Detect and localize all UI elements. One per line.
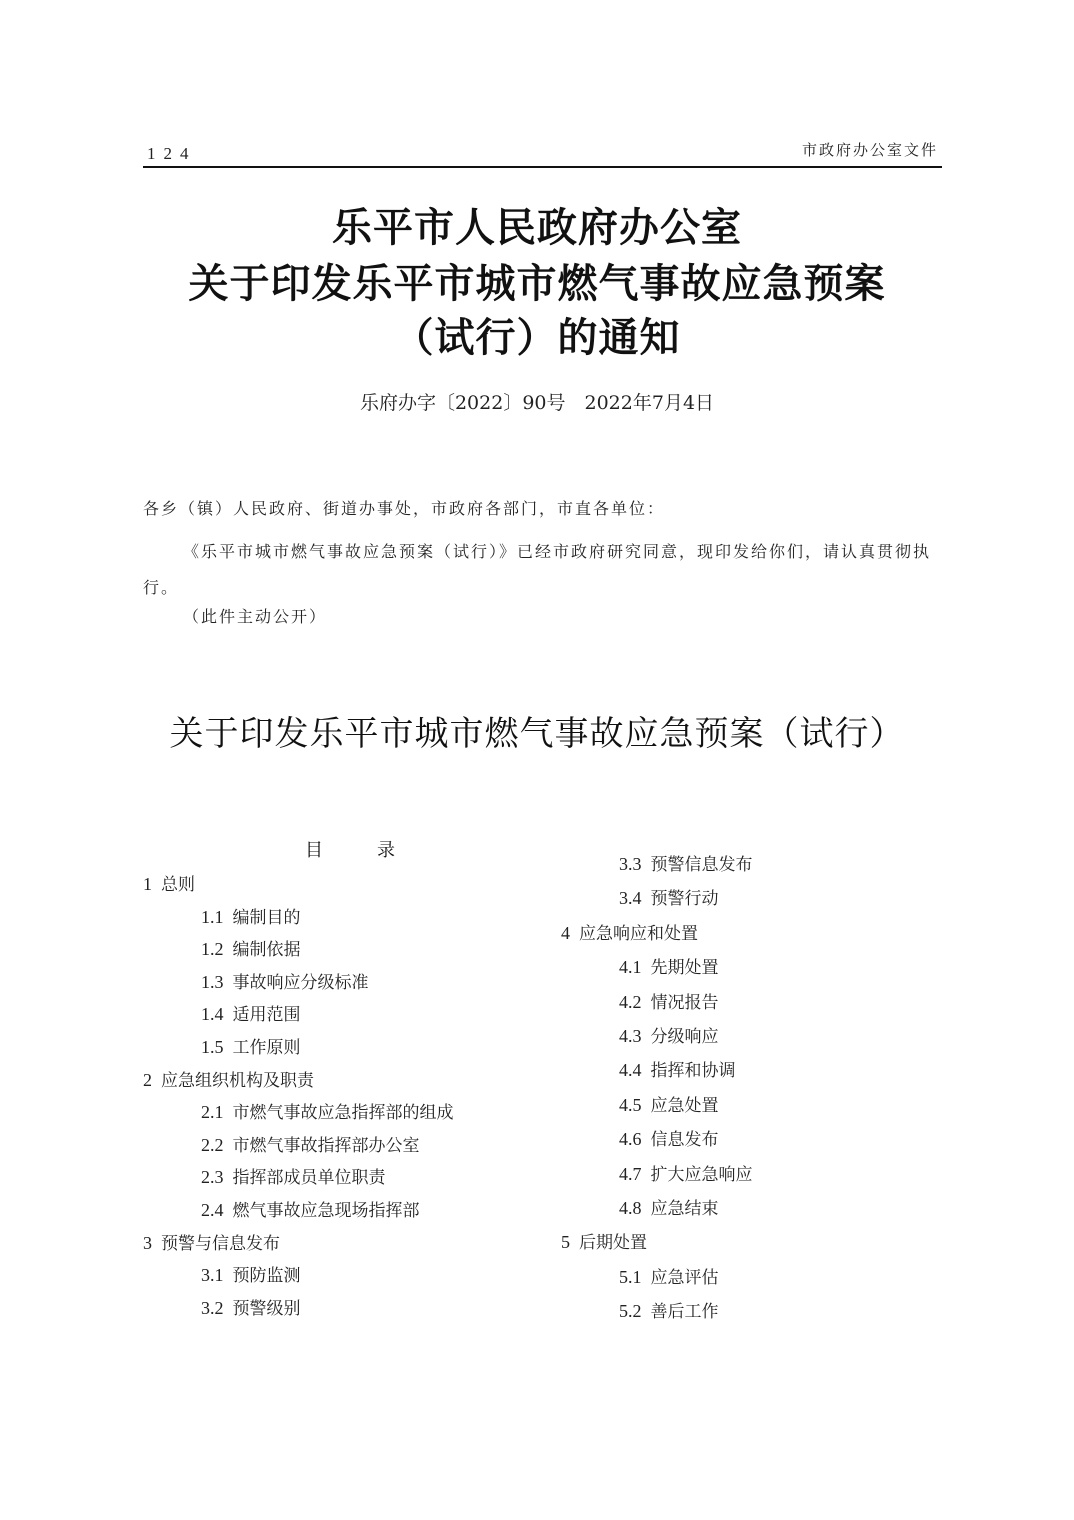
toc-item: 4.4指挥和协调: [619, 1056, 736, 1081]
toc-item-label: 指挥部成员单位职责: [233, 1168, 386, 1188]
toc-item-number: 3.1: [201, 1265, 224, 1286]
toc-item: 2.4燃气事故应急现场指挥部: [201, 1196, 420, 1221]
toc-item-number: 4.8: [619, 1198, 642, 1219]
toc-item-number: 2.4: [201, 1200, 224, 1221]
toc-item-label: 编制目的: [233, 908, 301, 928]
toc-item: 4.1先期处置: [619, 953, 719, 978]
toc-item: 1.1编制目的: [201, 903, 301, 928]
toc-item-label: 后期处置: [579, 1233, 647, 1253]
toc-item: 4.6信息发布: [619, 1125, 719, 1150]
toc-item: 4.2情况报告: [619, 988, 719, 1013]
toc-item-label: 情况报告: [651, 993, 719, 1013]
toc-item-label: 市燃气事故应急指挥部的组成: [233, 1103, 454, 1123]
toc-item-number: 1.2: [201, 939, 224, 960]
toc-item-number: 3.3: [619, 854, 642, 875]
toc-item: 1.5工作原则: [201, 1033, 301, 1058]
toc-item: 5后期处置: [561, 1228, 647, 1253]
toc-item: 2应急组织机构及职责: [143, 1066, 314, 1091]
toc-item-label: 扩大应急响应: [651, 1165, 753, 1185]
document-page: 124 市政府办公室文件 乐平市人民政府办公室 关于印发乐平市城市燃气事故应急预…: [0, 0, 1074, 1520]
toc-item: 4.3分级响应: [619, 1022, 719, 1047]
toc-item: 3.4预警行动: [619, 884, 719, 909]
toc-item-label: 预防监测: [233, 1266, 301, 1286]
toc-item-label: 适用范围: [233, 1005, 301, 1025]
toc-item-label: 应急处置: [651, 1096, 719, 1116]
file-label: 市政府办公室文件: [802, 139, 938, 160]
toc-item-label: 事故响应分级标准: [233, 973, 369, 993]
toc-item-label: 燃气事故应急现场指挥部: [233, 1201, 420, 1221]
toc-item: 1总则: [143, 870, 195, 895]
body-paragraph: 《乐平市城市燃气事故应急预案（试行）》已经市政府研究同意，现印发给你们，请认真贯…: [143, 534, 943, 606]
toc-item: 3预警与信息发布: [143, 1229, 280, 1254]
toc-item-number: 2.3: [201, 1167, 224, 1188]
toc-item-label: 总则: [161, 875, 195, 895]
toc-item-number: 2: [143, 1070, 152, 1091]
toc-item-number: 1.5: [201, 1037, 224, 1058]
toc-item-label: 先期处置: [651, 958, 719, 978]
toc-item-label: 指挥和协调: [651, 1061, 736, 1081]
toc-item: 3.2预警级别: [201, 1294, 301, 1319]
toc-item-number: 1.3: [201, 972, 224, 993]
toc-item-label: 工作原则: [233, 1038, 301, 1058]
toc-item-label: 预警与信息发布: [161, 1234, 280, 1254]
toc-item: 5.2善后工作: [619, 1297, 719, 1322]
public-note: （此件主动公开）: [183, 604, 983, 627]
toc-item-number: 1: [143, 874, 152, 895]
toc-item-number: 3.4: [619, 888, 642, 909]
toc-item: 1.4适用范围: [201, 1000, 301, 1025]
toc-item-label: 分级响应: [651, 1027, 719, 1047]
toc-item: 3.1预防监测: [201, 1261, 301, 1286]
doc-number: 乐府办字〔2022〕90号 2022年7月4日: [0, 388, 1074, 415]
toc-item-number: 1.1: [201, 907, 224, 928]
toc-item-number: 4.6: [619, 1129, 642, 1150]
toc-item-label: 预警级别: [233, 1299, 301, 1319]
toc-item: 3.3预警信息发布: [619, 850, 753, 875]
toc-item: 4.8应急结束: [619, 1194, 719, 1219]
toc-item-number: 3.2: [201, 1298, 224, 1319]
doc-title-line-2: 关于印发乐平市城市燃气事故应急预案: [0, 252, 1074, 309]
toc-item: 4.7扩大应急响应: [619, 1160, 753, 1185]
toc-item-label: 应急组织机构及职责: [161, 1071, 314, 1091]
toc-item-label: 预警信息发布: [651, 855, 753, 875]
toc-item-number: 4: [561, 923, 570, 944]
toc-item-label: 善后工作: [651, 1302, 719, 1322]
toc-item-number: 4.1: [619, 957, 642, 978]
toc-item-number: 2.2: [201, 1135, 224, 1156]
page-header: 124 市政府办公室文件: [143, 132, 942, 168]
toc-item-label: 应急结束: [651, 1199, 719, 1219]
toc-item-number: 4.4: [619, 1060, 642, 1081]
toc-item: 5.1应急评估: [619, 1263, 719, 1288]
toc-item-number: 4.2: [619, 992, 642, 1013]
toc-item: 2.2市燃气事故指挥部办公室: [201, 1131, 420, 1156]
attachment-title: 关于印发乐平市城市燃气事故应急预案（试行）: [0, 706, 1074, 755]
toc-title: 目 录: [305, 836, 413, 862]
toc-item-number: 5.1: [619, 1267, 642, 1288]
addressee: 各乡（镇）人民政府、街道办事处，市政府各部门，市直各单位：: [143, 496, 943, 519]
toc-item: 2.1市燃气事故应急指挥部的组成: [201, 1098, 454, 1123]
toc-item-label: 预警行动: [651, 889, 719, 909]
toc-item-label: 市燃气事故指挥部办公室: [233, 1136, 420, 1156]
doc-title-line-1: 乐平市人民政府办公室: [0, 196, 1074, 253]
toc-item-number: 4.7: [619, 1164, 642, 1185]
toc-item-number: 4.3: [619, 1026, 642, 1047]
toc-item-number: 1.4: [201, 1004, 224, 1025]
toc-item-label: 应急评估: [651, 1268, 719, 1288]
page-number: 124: [147, 144, 197, 164]
toc-item-label: 应急响应和处置: [579, 924, 698, 944]
toc-item-label: 信息发布: [651, 1130, 719, 1150]
toc-item-number: 2.1: [201, 1102, 224, 1123]
toc-item: 2.3指挥部成员单位职责: [201, 1163, 386, 1188]
toc-item-number: 5.2: [619, 1301, 642, 1322]
toc-item-label: 编制依据: [233, 940, 301, 960]
toc-item: 1.2编制依据: [201, 935, 301, 960]
toc-item: 4.5应急处置: [619, 1091, 719, 1116]
toc-item-number: 4.5: [619, 1095, 642, 1116]
toc-item: 4应急响应和处置: [561, 919, 698, 944]
toc-item: 1.3事故响应分级标准: [201, 968, 369, 993]
toc-item-number: 3: [143, 1233, 152, 1254]
doc-title-line-3: （试行）的通知: [0, 306, 1074, 363]
toc-item-number: 5: [561, 1232, 570, 1253]
